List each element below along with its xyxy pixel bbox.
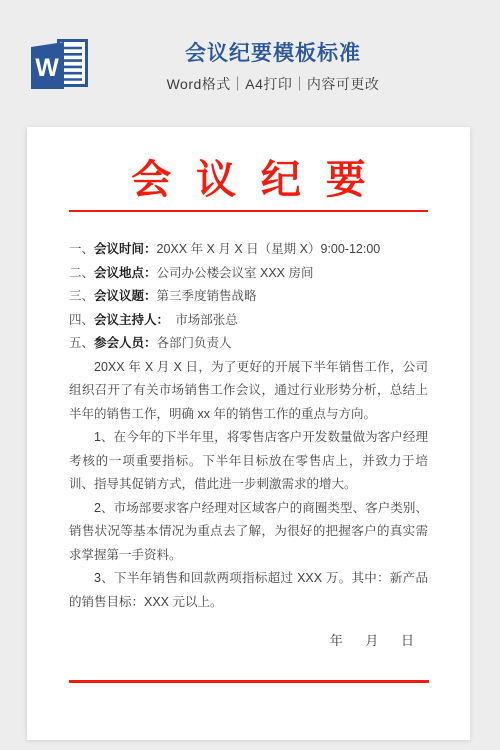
meta-value: 各部门负责人 — [157, 336, 232, 350]
signature-date-line: 年 月 日 — [69, 630, 428, 649]
document-content: 会议纪要 一、会议时间：20XX 年 X 月 X 日（星期 X）9:00-12:… — [27, 153, 470, 649]
meta-num: 二、 — [69, 266, 94, 280]
meta-value: 20XX 年 X 月 X 日（星期 X）9:00-12:00 — [157, 242, 381, 256]
meta-value: 第三季度销售战略 — [157, 289, 257, 303]
meta-row-time: 一、会议时间：20XX 年 X 月 X 日（星期 X）9:00-12:00 — [69, 238, 428, 262]
footer-rule — [69, 680, 429, 683]
meeting-meta-list: 一、会议时间：20XX 年 X 月 X 日（星期 X）9:00-12:00 二、… — [69, 238, 428, 356]
meta-num: 四、 — [69, 313, 94, 327]
meta-value: 公司办公楼会议室 XXX 房间 — [157, 266, 314, 280]
paragraph-point-2: 2、市场部要求客户经理对区域客户的商圈类型、客户类别、销售状况等基本情况为重点去… — [69, 497, 428, 568]
meta-num: 五、 — [69, 336, 94, 350]
meta-row-host: 四、会议主持人： 市场部张总 — [69, 309, 428, 333]
meta-label: 会议地点： — [94, 266, 157, 280]
template-preview: W 会议纪要模板标准 Word格式｜A4打印｜内容可更改 会议纪要 一、会议时间… — [0, 0, 500, 750]
meta-num: 一、 — [69, 242, 94, 256]
meta-label: 会议主持人： — [94, 313, 163, 327]
paragraph-point-1: 1、在今年的下半年里，将零售店客户开发数量做为客户经理考核的一项重要指标。下半年… — [69, 426, 428, 497]
header-text-block: 会议纪要模板标准 Word格式｜A4打印｜内容可更改 — [0, 41, 500, 94]
meta-label: 参会人员： — [94, 336, 157, 350]
preview-header: W 会议纪要模板标准 Word格式｜A4打印｜内容可更改 — [0, 0, 500, 127]
template-title: 会议纪要模板标准 — [46, 41, 500, 67]
meta-row-topic: 三、会议议题：第三季度销售战略 — [69, 285, 428, 309]
meta-row-place: 二、会议地点：公司办公楼会议室 XXX 房间 — [69, 262, 428, 286]
paragraph-point-3: 3、下半年销售和回款两项指标超过 XXX 万。其中：新产品的销售目标：XXX 元… — [69, 567, 428, 614]
document-title: 会议纪要 — [69, 153, 428, 207]
template-subtitle: Word格式｜A4打印｜内容可更改 — [46, 74, 500, 94]
paragraph-intro: 20XX 年 X 月 X 日，为了更好的开展下半年销售工作，公司组织召开了有关市… — [69, 356, 428, 427]
meta-value: 市场部张总 — [163, 313, 238, 327]
meta-label: 会议时间： — [94, 242, 157, 256]
title-underline — [69, 210, 428, 212]
meta-row-attendees: 五、参会人员：各部门负责人 — [69, 332, 428, 356]
meta-label: 会议议题： — [94, 289, 157, 303]
meta-num: 三、 — [69, 289, 94, 303]
document-page: 会议纪要 一、会议时间：20XX 年 X 月 X 日（星期 X）9:00-12:… — [27, 127, 470, 740]
document-body: 20XX 年 X 月 X 日，为了更好的开展下半年销售工作，公司组织召开了有关市… — [69, 356, 428, 615]
